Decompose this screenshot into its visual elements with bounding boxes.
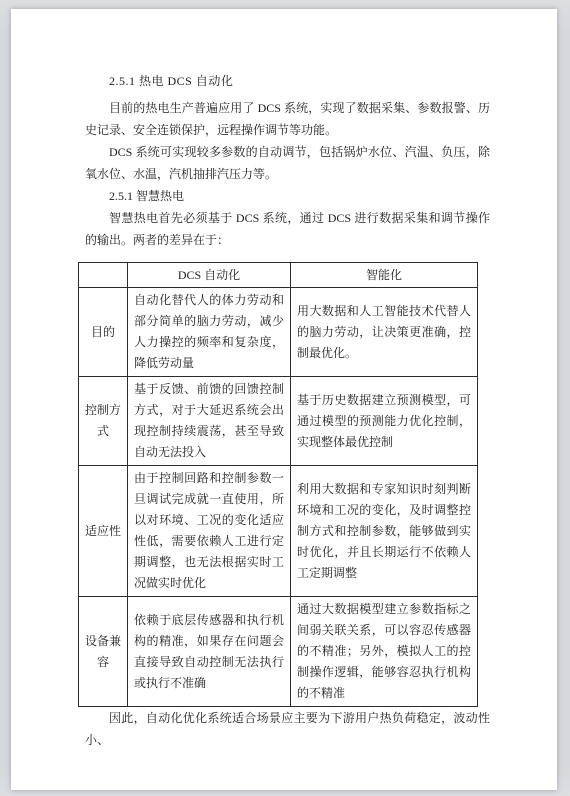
- table-row: 设备兼容 依赖于底层传感器和执行机构的精准，如果存在问题会直接导致自动控制无法执…: [79, 597, 478, 707]
- row-label-control-mode: 控制方式: [79, 377, 128, 466]
- body-text-block: 2.5.1 热电 DCS 自动化 目前的热电生产普遍应用了 DCS 系统，实现了…: [85, 70, 490, 251]
- cell-adapt-dcs: 由于控制回路和控制参数一旦调试完成就一直使用，所以对环境、工况的变化适应性低，需…: [128, 466, 291, 597]
- row-label-purpose: 目的: [79, 288, 128, 377]
- comparison-table: DCS 自动化 智能化 目的 自动化替代人的体力劳动和部分简单的脑力劳动，减少人…: [78, 262, 478, 707]
- header-cell-smart: 智能化: [291, 263, 478, 288]
- section-heading-dcs: 2.5.1 热电 DCS 自动化: [85, 70, 490, 92]
- cell-purpose-dcs: 自动化替代人的体力劳动和部分简单的脑力劳动，减少人力操控的频率和复杂度，降低劳动…: [128, 288, 291, 377]
- header-cell-empty: [79, 263, 128, 288]
- table-row: 控制方式 基于反馈、前馈的回馈控制方式，对于大延迟系统会出现控制持续震荡，甚至导…: [79, 377, 478, 466]
- table-row: 适应性 由于控制回路和控制参数一旦调试完成就一直使用，所以对环境、工况的变化适应…: [79, 466, 478, 597]
- cell-control-dcs: 基于反馈、前馈的回馈控制方式，对于大延迟系统会出现控制持续震荡，甚至导致自动无法…: [128, 377, 291, 466]
- paragraph-smart-intro: 智慧热电首先必须基于 DCS 系统，通过 DCS 进行数据采集和调节操作的输出。…: [85, 207, 490, 251]
- cell-compat-smart: 通过大数据模型建立参数指标之间弱关联关系，可以容忍传感器的不精准；另外，模拟人工…: [291, 597, 478, 707]
- row-label-adaptability: 适应性: [79, 466, 128, 597]
- table-header-row: DCS 自动化 智能化: [79, 263, 478, 288]
- section-heading-smart: 2.5.1 智慧热电: [85, 185, 490, 207]
- document-page: 2.5.1 热电 DCS 自动化 目前的热电生产普遍应用了 DCS 系统，实现了…: [11, 9, 557, 790]
- viewer-background: 2.5.1 热电 DCS 自动化 目前的热电生产普遍应用了 DCS 系统，实现了…: [0, 0, 570, 796]
- row-label-device-compat: 设备兼容: [79, 597, 128, 707]
- cell-control-smart: 基于历史数据建立预测模型，可通过模型的预测能力优化控制，实现整体最优控制: [291, 377, 478, 466]
- table-row: 目的 自动化替代人的体力劳动和部分简单的脑力劳动，减少人力操控的频率和复杂度，降…: [79, 288, 478, 377]
- cell-adapt-smart: 利用大数据和专家知识时刻判断环境和工况的变化，及时调整控制方式和控制参数，能够做…: [291, 466, 478, 597]
- cell-purpose-smart: 用大数据和人工智能技术代替人的脑力劳动，让决策更准确，控制最优化。: [291, 288, 478, 377]
- cell-compat-dcs: 依赖于底层传感器和执行机构的精准，如果存在问题会直接导致自动控制无法执行或执行不…: [128, 597, 291, 707]
- paragraph-conclusion: 因此，自动化优化系统适合场景应主要为下游用户热负荷稳定，波动性小、: [85, 707, 490, 751]
- header-cell-dcs: DCS 自动化: [128, 263, 291, 288]
- paragraph-dcs-parameters: DCS 系统可实现较多参数的自动调节，包括锅炉水位、汽温、负压，除氧水位、水温，…: [85, 141, 490, 185]
- paragraph-dcs-overview: 目前的热电生产普遍应用了 DCS 系统，实现了数据采集、参数报警、历史记录、安全…: [85, 97, 490, 141]
